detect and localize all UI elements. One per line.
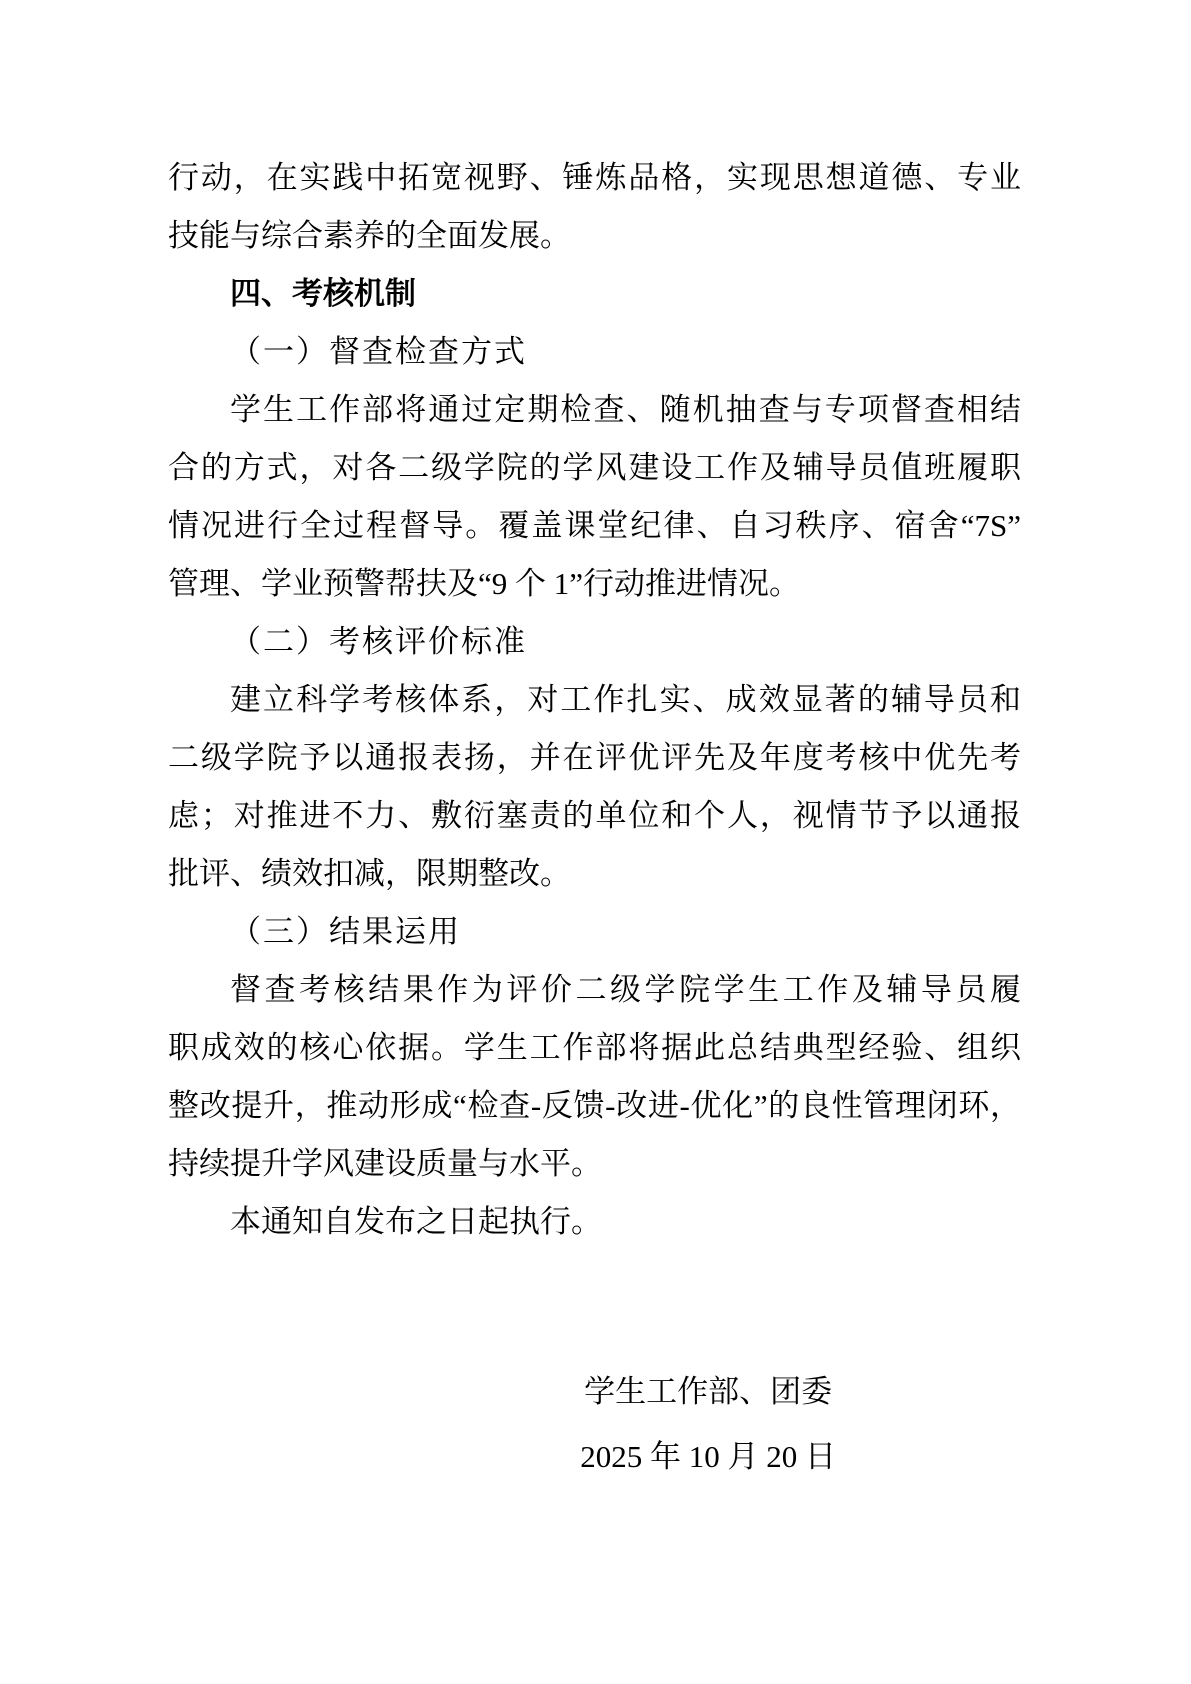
text-line: 督查考核结果作为评价二级学院学生工作及辅导员履: [168, 961, 1021, 1019]
text-line: 技能与综合素养的全面发展。: [168, 207, 1021, 265]
text-line: 管理、学业预警帮扶及“9 个 1”行动推进情况。: [168, 555, 1021, 613]
signature-block: 学生工作部、团委 2025 年 10 月 20 日: [580, 1359, 836, 1489]
paragraph-closing: 本通知自发布之日起执行。: [168, 1193, 1021, 1251]
text-line: 行动，在实践中拓宽视野、锤炼品格，实现思想道德、专业: [168, 149, 1021, 207]
text-line: 情况进行全过程督导。覆盖课堂纪律、自习秩序、宿舍“7S”: [168, 497, 1021, 555]
signature-org: 学生工作部、团委: [580, 1359, 836, 1424]
paragraph: 督查考核结果作为评价二级学院学生工作及辅导员履 职成效的核心依据。学生工作部将据…: [168, 961, 1021, 1193]
section-heading-4: 四、考核机制: [168, 265, 1021, 323]
paragraph: 学生工作部将通过定期检查、随机抽查与专项督查相结 合的方式，对各二级学院的学风建…: [168, 381, 1021, 613]
text-line: 建立科学考核体系，对工作扎实、成效显著的辅导员和: [168, 671, 1021, 729]
text-line: 学生工作部将通过定期检查、随机抽查与专项督查相结: [168, 381, 1021, 439]
text-line: 虑；对推进不力、敷衍塞责的单位和个人，视情节予以通报: [168, 787, 1021, 845]
text-line: 合的方式，对各二级学院的学风建设工作及辅导员值班履职: [168, 439, 1021, 497]
signature-date: 2025 年 10 月 20 日: [580, 1424, 836, 1489]
paragraph: 建立科学考核体系，对工作扎实、成效显著的辅导员和 二级学院予以通报表扬，并在评优…: [168, 671, 1021, 903]
text-line: 本通知自发布之日起执行。: [168, 1193, 1021, 1251]
text-line: 持续提升学风建设质量与水平。: [168, 1135, 1021, 1193]
text-line: 职成效的核心依据。学生工作部将据此总结典型经验、组织: [168, 1019, 1021, 1077]
paragraph-continuation: 行动，在实践中拓宽视野、锤炼品格，实现思想道德、专业 技能与综合素养的全面发展。: [168, 149, 1021, 265]
text-line: 二级学院予以通报表扬，并在评优评先及年度考核中优先考: [168, 729, 1021, 787]
text-line: 批评、绩效扣减，限期整改。: [168, 845, 1021, 903]
subsection-heading-1: （一）督查检查方式: [168, 323, 1021, 381]
subsection-heading-3: （三）结果运用: [168, 903, 1021, 961]
subsection-heading-2: （二）考核评价标准: [168, 613, 1021, 671]
text-line: 整改提升，推动形成“检查-反馈-改进-优化”的良性管理闭环，: [168, 1077, 1021, 1135]
document-page: 行动，在实践中拓宽视野、锤炼品格，实现思想道德、专业 技能与综合素养的全面发展。…: [0, 0, 1191, 1684]
